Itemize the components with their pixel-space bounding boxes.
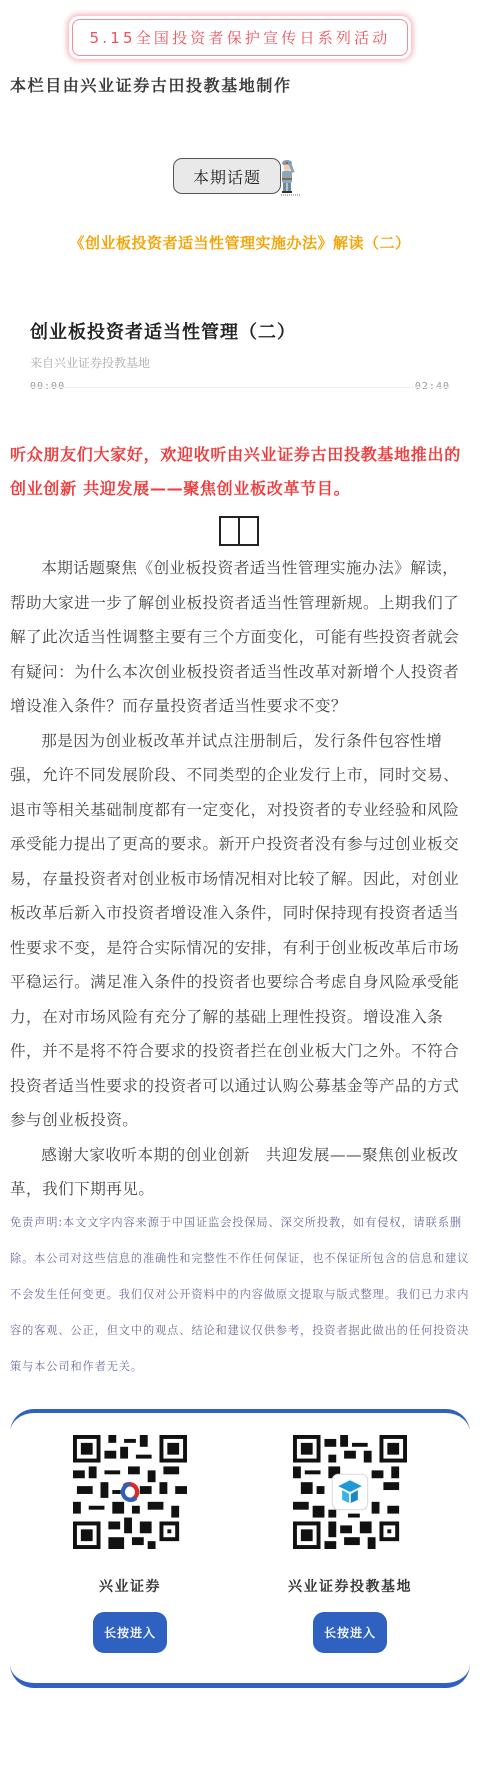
- column-byline: 本栏目由兴业证券古田投教基地制作: [10, 73, 292, 96]
- audio-player[interactable]: 创业板投资者适当性管理（二） 来自兴业证券投教基地 00:00 02:40: [30, 318, 450, 392]
- topic-badge-label: 本期话题: [173, 158, 281, 194]
- intro-paragraph: 听众朋友们大家好，欢迎收听由兴业证券古田投教基地推出的创业创新 共迎发展——聚焦…: [10, 438, 470, 506]
- missing-glyph-icon: [219, 516, 259, 546]
- event-banner-text: 5.15全国投资者保护宣传日系列活动: [72, 19, 408, 56]
- qr-code[interactable]: [293, 1435, 407, 1549]
- article-body: 本期话题聚焦《创业板投资者适当性管理实施办法》解读，帮助大家进一步了解创业板投资…: [10, 551, 470, 1207]
- qr-item-securities: 兴业证券 长按进入: [30, 1435, 230, 1653]
- saluting-soldier-icon: [275, 158, 301, 198]
- topic-badge: 本期话题: [173, 158, 303, 198]
- qr-item-education-base: 兴业证券投教基地 长按进入: [250, 1435, 450, 1653]
- qr-label: 兴业证券: [30, 1576, 230, 1596]
- qr-code-image: [293, 1435, 407, 1549]
- audio-source: 来自兴业证券投教基地: [30, 354, 450, 371]
- enter-button[interactable]: 长按进入: [313, 1612, 387, 1653]
- qr-code-image: [73, 1435, 187, 1549]
- event-banner: 5.15全国投资者保护宣传日系列活动: [69, 16, 411, 59]
- audio-title: 创业板投资者适当性管理（二）: [30, 318, 450, 344]
- body-paragraph: 感谢大家收听本期的创业创新 共迎发展——聚焦创业板改革，我们下期再见。: [10, 1138, 470, 1207]
- body-paragraph: 那是因为创业板改革并试点注册制后，发行条件包容性增强，允许不同发展阶段、不同类型…: [10, 724, 470, 1138]
- qr-code[interactable]: [73, 1435, 187, 1549]
- qr-label: 兴业证券投教基地: [250, 1576, 450, 1596]
- disclaimer: 免责声明:本文文字内容来源于中国证监会投保局、深交所投教，如有侵权，请联系删除。…: [10, 1205, 470, 1385]
- enter-button[interactable]: 长按进入: [93, 1612, 167, 1653]
- audio-progress-bar[interactable]: [30, 387, 450, 388]
- body-paragraph: 本期话题聚焦《创业板投资者适当性管理实施办法》解读，帮助大家进一步了解创业板投资…: [10, 551, 470, 724]
- episode-subtitle: 《创业板投资者适当性管理实施办法》解读（二）: [0, 232, 480, 253]
